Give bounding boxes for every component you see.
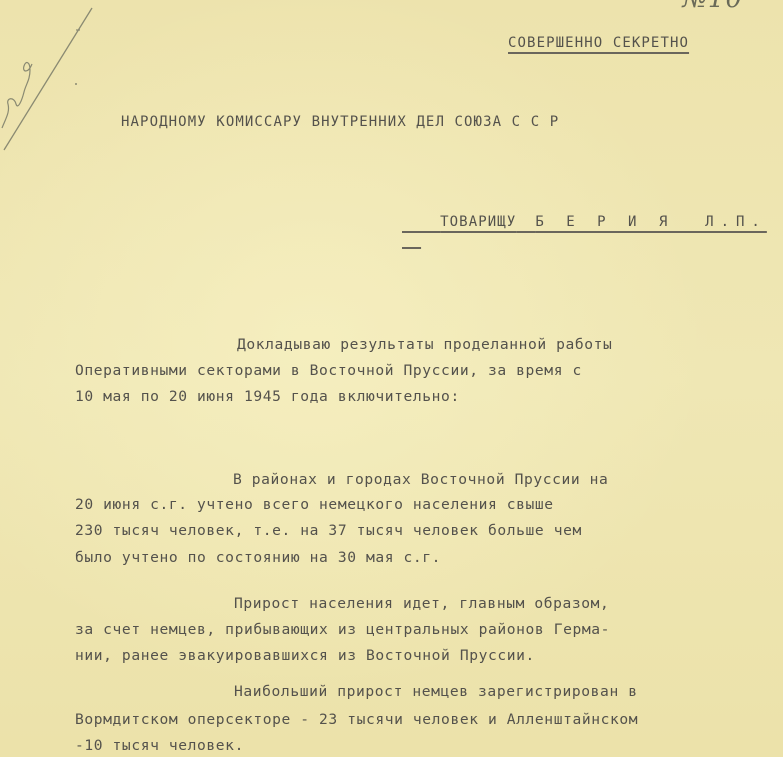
classification-stamp: СОВЕРШЕННО СЕКРЕТНО xyxy=(508,35,689,51)
addressee-line: НАРОДНОМУ КОМИССАРУ ВНУТРЕННИХ ДЕЛ СОЮЗА… xyxy=(121,114,559,130)
paragraph-2-line-2: 20 июня с.г. учтено всего немецкого насе… xyxy=(75,496,554,513)
handwritten-page-number: №10 xyxy=(682,0,743,14)
paragraph-1-line-3: 10 мая по 20 июня 1945 года включительно… xyxy=(75,388,460,405)
recipient-name: Б Е Р И Я Л.П. xyxy=(535,214,766,230)
paragraph-1-line-2: Оперативными секторами в Восточной Прусс… xyxy=(75,362,582,379)
paragraph-4-line-3: -10 тысяч человек. xyxy=(75,737,244,754)
margin-pencil-mark-icon xyxy=(0,0,130,170)
paragraph-2-line-1: В районах и городах Восточной Пруссии на xyxy=(233,471,608,488)
document-page: №10 СОВЕРШЕННО СЕКРЕТНО НАРОДНОМУ КОМИСС… xyxy=(0,0,783,757)
paragraph-1-line-1: Докладываю результаты проделанной работы xyxy=(237,336,612,353)
recipient-prefix: ТОВАРИЩУ xyxy=(440,214,516,230)
paragraph-4-line-1: Наибольший прирост немцев зарегистрирова… xyxy=(234,683,638,700)
paragraph-3-line-1: Прирост населения идет, главным образом, xyxy=(234,595,609,612)
paragraph-2-line-3: 230 тысяч человек, т.е. на 37 тысяч чело… xyxy=(75,522,582,539)
paragraph-2-line-4: было учтено по состоянию на 30 мая с.г. xyxy=(75,549,441,566)
paragraph-4-line-2: Вормдитском оперсекторе - 23 тысячи чело… xyxy=(75,711,638,728)
paragraph-3-line-2: за счет немцев, прибывающих из центральн… xyxy=(75,621,610,638)
recipient-line: ТОВАРИЩУ Б Е Р И Я Л.П. xyxy=(402,198,767,246)
paragraph-3-line-3: нии, ранее эвакуировавшихся из Восточной… xyxy=(75,647,535,664)
